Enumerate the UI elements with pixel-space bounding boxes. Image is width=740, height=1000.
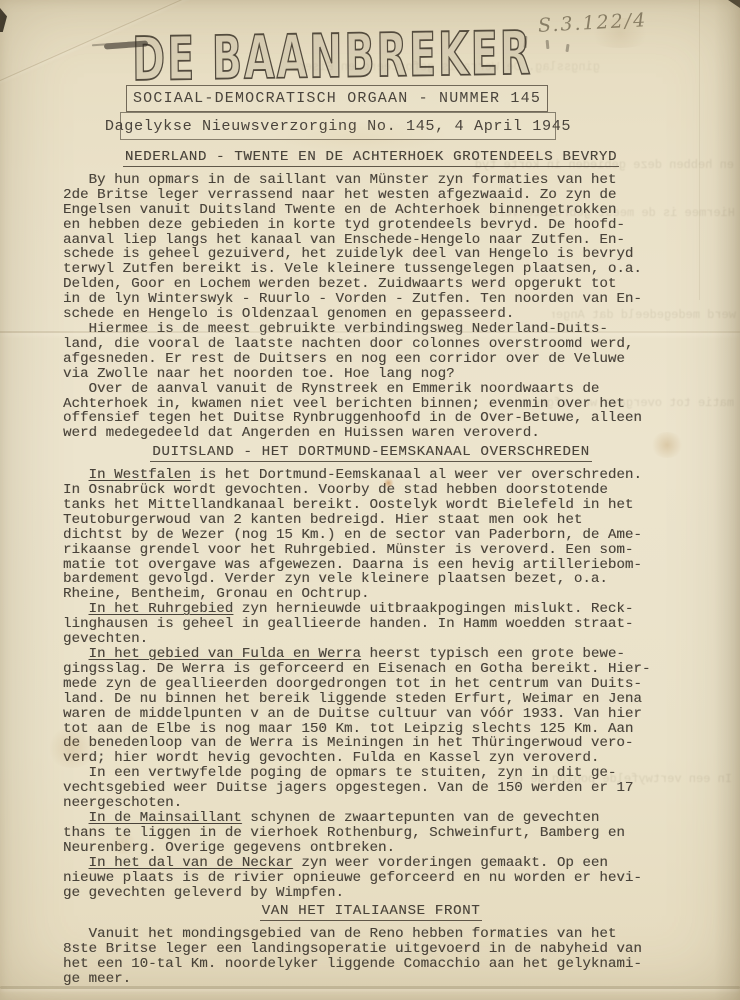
- masthead-dateline: Dagelykse Nieuwsverzorging No. 145, 4 Ap…: [105, 117, 571, 135]
- text-line: matie tot overgave was afgewezen. Daarna…: [63, 558, 679, 573]
- text-line: schede is geheel gezuiverd, het zuidelyk…: [63, 247, 679, 262]
- section-heading-text: VAN HET ITALIAANSE FRONT: [260, 904, 483, 921]
- masthead-subtitle: SOCIAAL-DEMOCRATISCH ORGAAN - NUMMER 145: [133, 90, 541, 107]
- section-heading: DUITSLAND - HET DORTMUND-EEMSKANAAL OVER…: [63, 445, 679, 462]
- paper-edge-shadow: [714, 0, 740, 1000]
- text-line: In Westfalen is het Dortmund-Eemskanaal …: [63, 468, 679, 483]
- text-line: Neurenberg. Overige gegevens ontbreken.: [63, 841, 679, 856]
- text-line: Delden, Goor en Lochem werden bezet. Zui…: [63, 277, 679, 292]
- masthead-title: DE BAANBREKER: [132, 24, 532, 90]
- document-body: NEDERLAND - TWENTE EN DE ACHTERHOEK GROT…: [63, 146, 679, 987]
- text-line: de benedenloop van de Werra is Meiningen…: [63, 736, 679, 751]
- text-line: Teutoburgerwoud van 2 kanten bedreigd. H…: [63, 513, 679, 528]
- text-line: schede en Hengelo is Oldenzaal genomen e…: [63, 307, 679, 322]
- scan-edge-mark: [0, 8, 7, 32]
- text-line: In het gebied van Fulda en Werra heerst …: [63, 647, 679, 662]
- text-line: in de lyn Winterswyk - Ruurlo - Vorden -…: [63, 292, 679, 307]
- section-heading: VAN HET ITALIAANSE FRONT: [63, 904, 679, 921]
- text-line: tanks het Mittellandkanaal bereikt. Oost…: [63, 498, 679, 513]
- text-line: via Zwolle naar het noorden toe. Hoe lan…: [63, 367, 679, 382]
- text-line: rikaanse grendel voor het Ruhrgebied. Mü…: [63, 543, 679, 558]
- text-line: thans te liggen in de vierhoek Rothenbur…: [63, 826, 679, 841]
- text-line: Engelsen vanuit Duitsland Twente en de A…: [63, 203, 679, 218]
- text-line: terwyl Zutfen bereikt is. Vele kleinere …: [63, 262, 679, 277]
- text-line: Vanuit het mondingsgebied van de Reno he…: [63, 927, 679, 942]
- text-line: bardement gevolgd. Verder zyn vele klein…: [63, 572, 679, 587]
- archival-pencil-note: S.3.122/4: [537, 9, 647, 37]
- fold-crease: [699, 0, 700, 300]
- text-line: By hun opmars in de saillant van Münster…: [63, 173, 679, 188]
- text-line: dichtst by de Wezer (nog 15 Km.) en de s…: [63, 528, 679, 543]
- section-heading-text: DUITSLAND - HET DORTMUND-EEMSKANAAL OVER…: [150, 445, 591, 462]
- section-heading: NEDERLAND - TWENTE EN DE ACHTERHOEK GROT…: [63, 150, 679, 167]
- text-line: verd; hier wordt hevig gevochten. Fulda …: [63, 751, 679, 766]
- text-line: ge gevechten geleverd by Wimpfen.: [63, 886, 679, 901]
- text-line: het een 10-tal Km. noordelyker liggende …: [63, 957, 679, 972]
- text-line: neergeschoten.: [63, 796, 679, 811]
- text-line: Rheine, Bentheim, Gronau en Ochtrup.: [63, 587, 679, 602]
- text-line: gingsslag. De Werra is geforceerd en Eis…: [63, 662, 679, 677]
- typewriter-tick-mark: [546, 40, 550, 49]
- text-line: 2de Britse leger verrassend naar het wes…: [63, 188, 679, 203]
- masthead-dateline-box: Dagelykse Nieuwsverzorging No. 145, 4 Ap…: [120, 112, 556, 140]
- text-line: vechtsgebied weer Duitse jagers opgesteg…: [63, 781, 679, 796]
- text-line: afgesneden. Er rest de Duitsers en nog e…: [63, 352, 679, 367]
- scan-edge-mark: [726, 0, 740, 8]
- text-line: linghausen is geheel in geallieerde hand…: [63, 617, 679, 632]
- text-line: In het Ruhrgebied zyn hernieuwde uitbraa…: [63, 602, 679, 617]
- text-line: gevechten.: [63, 632, 679, 647]
- text-line: Over de aanval vanuit de Rynstreek en Em…: [63, 382, 679, 397]
- text-line: In een vertwyfelde poging de opmars te s…: [63, 766, 679, 781]
- text-line: Achterhoek in, kwamen niet veel berichte…: [63, 397, 679, 412]
- newspaper-page: en hebben deze gebieden in korte tyd gro…: [0, 0, 740, 1000]
- masthead-subtitle-box: SOCIAAL-DEMOCRATISCH ORGAAN - NUMMER 145: [126, 85, 548, 112]
- text-line: 8ste Britse leger een landingsoperatie u…: [63, 942, 679, 957]
- text-line: offensief tegen het Duitse Rynbruggenhoo…: [63, 411, 679, 426]
- text-line: waren de middelpunten v an de Duitse cul…: [63, 707, 679, 722]
- text-line: In de Mainsaillant schynen de zwaartepun…: [63, 811, 679, 826]
- text-line: Hiermee is de meest gebruikte verbinding…: [63, 322, 679, 337]
- text-line: werd medegedeeld dat Angerden en Huissen…: [63, 426, 679, 441]
- text-line: land. De nu binnen het bereik liggende s…: [63, 692, 679, 707]
- section-heading-text: NEDERLAND - TWENTE EN DE ACHTERHOEK GROT…: [123, 150, 619, 167]
- text-line: In het dal van de Neckar zyn weer vorder…: [63, 856, 679, 871]
- text-line: en hebben deze gebieden in korte tyd gro…: [63, 218, 679, 233]
- text-line: mede zyn de geallieerden doorgedrongen t…: [63, 677, 679, 692]
- text-line: land, die vooral de laatste nachten door…: [63, 337, 679, 352]
- text-line: aanval liep langs het kanaal van Ensched…: [63, 233, 679, 248]
- text-line: tot aan de Elbe is nog maar 150 Km. tot …: [63, 722, 679, 737]
- text-line: ge meer.: [63, 972, 679, 987]
- text-line: nieuwe plaats is de rivier opnieuwe gefo…: [63, 871, 679, 886]
- typewriter-tick-mark: [565, 44, 569, 52]
- text-line: In Osnabrück wordt gevochten. Voorby de …: [63, 483, 679, 498]
